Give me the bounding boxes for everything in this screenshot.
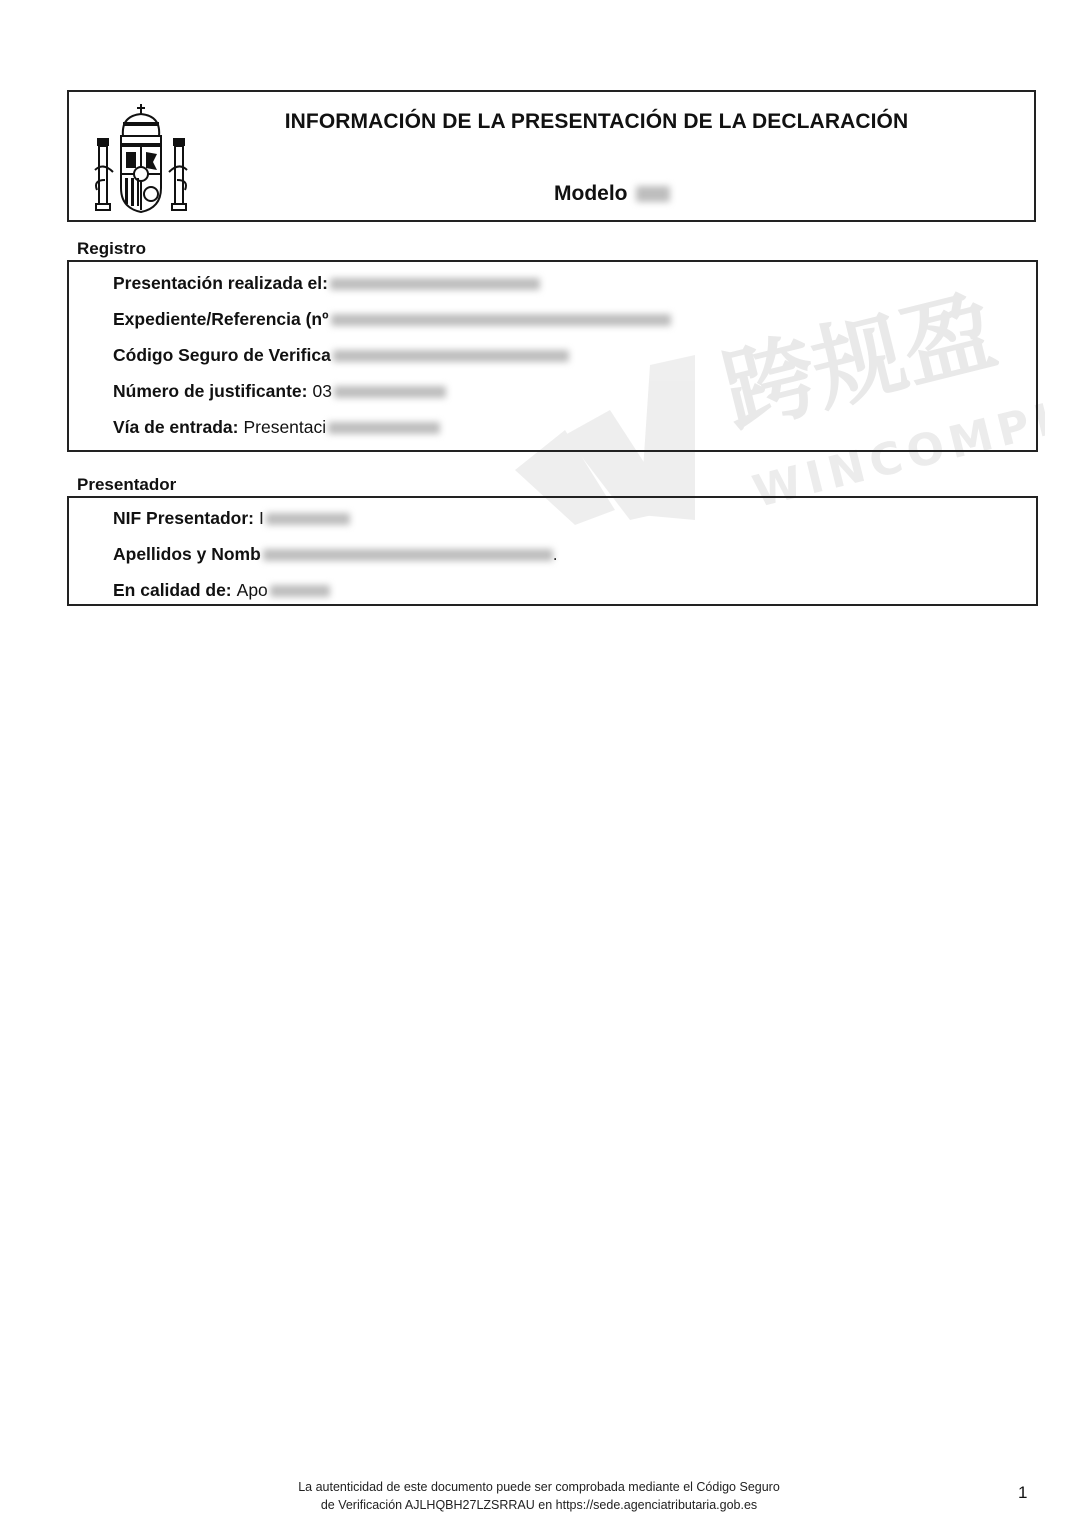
field-label: Presentación realizada el: (113, 273, 328, 294)
header-box: INFORMACIÓN DE LA PRESENTACIÓN DE LA DEC… (67, 90, 1036, 222)
redacted-value (266, 513, 350, 525)
field-label: Vía de entrada: (113, 417, 238, 438)
field-label: Número de justificante: (113, 381, 307, 402)
redacted-value (330, 278, 540, 290)
footer-line-1: La autenticidad de este documento puede … (0, 1478, 1079, 1496)
redacted-value (333, 350, 569, 362)
redacted-value (328, 422, 440, 434)
redacted-value (263, 549, 553, 561)
field-numero-justificante: Número de justificante: 03 (113, 381, 446, 402)
field-nif-presentador: NIF Presentador: I (113, 508, 350, 529)
section-title-registro: Registro (77, 239, 146, 259)
page-number: 1 (1018, 1483, 1027, 1503)
field-apellidos-nombre: Apellidos y Nomb . (113, 544, 558, 565)
document-title: INFORMACIÓN DE LA PRESENTACIÓN DE LA DEC… (69, 110, 1034, 134)
field-label: NIF Presentador: (113, 508, 254, 529)
field-label: Código Seguro de Verifica (113, 345, 331, 366)
registro-box: Presentación realizada el: Expediente/Re… (67, 260, 1038, 452)
field-en-calidad-de: En calidad de: Apo (113, 580, 330, 601)
modelo-label: Modelo (554, 182, 628, 206)
field-label: En calidad de: (113, 580, 232, 601)
presentador-box: NIF Presentador: I Apellidos y Nomb . En… (67, 496, 1038, 606)
field-via-entrada: Vía de entrada: Presentaci (113, 417, 440, 438)
redacted-modelo-number (636, 186, 670, 202)
footer-line-2: de Verificación AJLHQBH27LZSRRAU en http… (0, 1496, 1079, 1514)
field-label: Expediente/Referencia (nº (113, 309, 329, 330)
field-presentacion-realizada: Presentación realizada el: (113, 273, 540, 294)
redacted-value (270, 585, 330, 597)
field-expediente-referencia: Expediente/Referencia (nº (113, 309, 671, 330)
redacted-value (331, 314, 671, 326)
redacted-value (334, 386, 446, 398)
field-codigo-seguro: Código Seguro de Verifica (113, 345, 569, 366)
field-label: Apellidos y Nomb (113, 544, 261, 565)
section-title-presentador: Presentador (77, 475, 176, 495)
modelo-heading: Modelo (554, 182, 670, 206)
verification-footer: La autenticidad de este documento puede … (0, 1478, 1080, 1514)
